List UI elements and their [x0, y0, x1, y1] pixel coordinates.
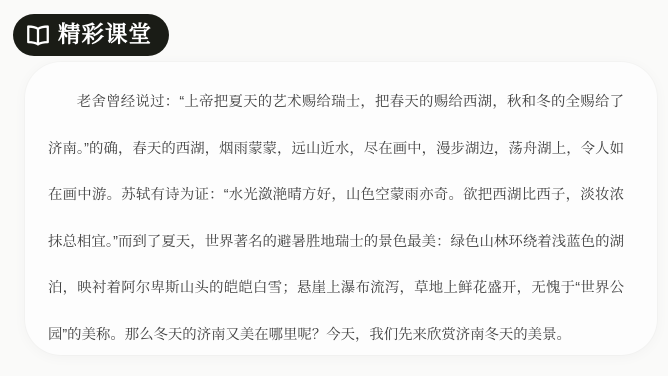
slide: 精彩课堂 老舍曾经说过：“上帝把夏天的艺术赐给瑞士，把春天的赐给西湖，秋和冬的全…	[0, 0, 668, 376]
section-badge-label: 精彩课堂	[58, 24, 152, 47]
open-book-icon	[25, 22, 51, 48]
content-card: 老舍曾经说过：“上帝把夏天的艺术赐给瑞士，把春天的赐给西湖，秋和冬的全赐给了济南…	[25, 62, 657, 355]
section-badge: 精彩课堂	[13, 14, 169, 56]
lesson-paragraph: 老舍曾经说过：“上帝把夏天的艺术赐给瑞士，把春天的赐给西湖，秋和冬的全赐给了济南…	[25, 62, 657, 355]
